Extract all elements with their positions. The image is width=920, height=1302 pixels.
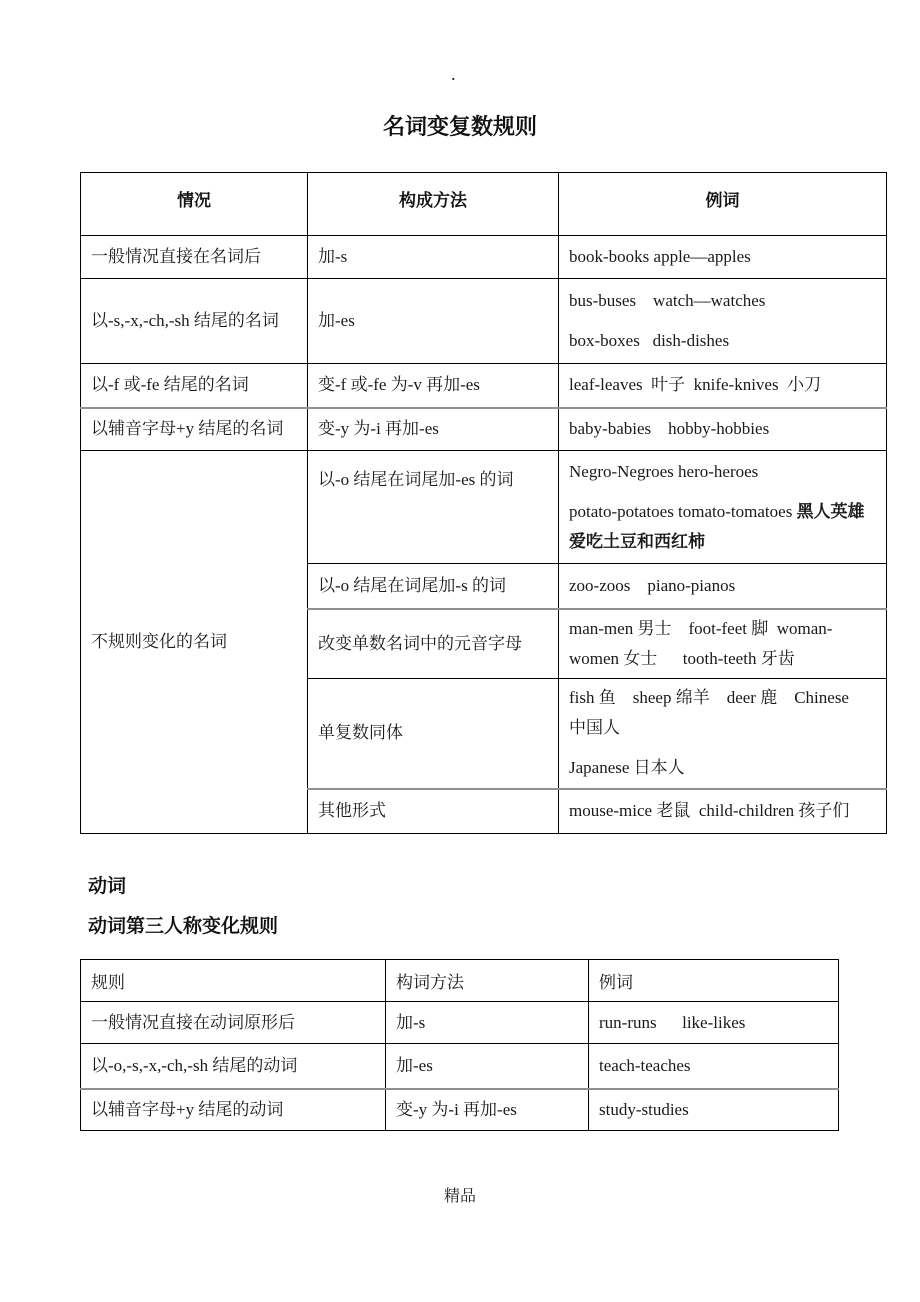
cell-examples: leaf-leaves 叶子 knife-knives 小刀	[559, 364, 887, 408]
table-row: 一般情况直接在名词后 加-s book-books apple—apples	[81, 236, 887, 279]
cell-examples: man-men 男士 foot-feet 脚 woman- women 女士 t…	[559, 609, 887, 679]
table-header-row: 情况 构成方法 例词	[81, 173, 887, 236]
example-line: book-books apple—apples	[569, 242, 876, 272]
cell-situation: 以辅音字母+y 结尾的名词	[81, 408, 308, 451]
cell-method: 变-y 为-i 再加-es	[386, 1089, 589, 1131]
method-text: 以-o 结尾在词尾加-s 的词	[318, 571, 548, 601]
page-title: 名词变复数规则	[0, 110, 920, 141]
cell-method: 加-s	[386, 1002, 589, 1044]
cell-examples: book-books apple—apples	[559, 236, 887, 279]
table-row: 不规则变化的名词 以-o 结尾在词尾加-es 的词 Negro-Negroes …	[81, 451, 887, 564]
cell-examples: bus-buses watch—watches box-boxes dish-d…	[559, 279, 887, 364]
stray-dot: .	[451, 64, 456, 85]
example-line: potato-potatoes tomato-tomatoes 黑人英雄爱吃土豆…	[569, 497, 876, 557]
footer-label: 精品	[0, 1183, 920, 1206]
situation-text: 以-f 或-fe 结尾的名词	[91, 370, 297, 400]
method-text: 加-es	[318, 306, 548, 336]
cell-situation: 以-s,-x,-ch,-sh 结尾的名词	[81, 279, 308, 364]
header-method: 构成方法	[308, 173, 559, 236]
situation-text: 以-s,-x,-ch,-sh 结尾的名词	[91, 306, 297, 336]
example-line: study-studies	[599, 1095, 828, 1125]
method-text: 加-s	[318, 242, 548, 272]
cell-examples: zoo-zoos piano-pianos	[559, 564, 887, 609]
cell-examples: baby-babies hobby-hobbies	[559, 408, 887, 451]
cell-irregular-label: 不规则变化的名词	[81, 451, 308, 834]
document-page: . 名词变复数规则 情况 构成方法 例词 一般情况直接在名词后 加-s book…	[0, 0, 920, 1302]
rule-text: 一般情况直接在动词原形后	[91, 1008, 375, 1038]
cell-method: 加-es	[386, 1044, 589, 1089]
cell-method: 改变单数名词中的元音字母	[308, 609, 559, 679]
cell-examples: Negro-Negroes hero-heroes potato-potatoe…	[559, 451, 887, 564]
example-line: zoo-zoos piano-pianos	[569, 571, 876, 601]
example-line: run-runs like-likes	[599, 1008, 828, 1038]
verbs-section-heading: 动词	[88, 871, 126, 898]
rule-text: 以辅音字母+y 结尾的动词	[91, 1095, 375, 1125]
table-row: 以-o,-s,-x,-ch,-sh 结尾的动词 加-es teach-teach…	[81, 1044, 839, 1089]
table-row: 以-s,-x,-ch,-sh 结尾的名词 加-es bus-buses watc…	[81, 279, 887, 364]
method-text: 变-f 或-fe 为-v 再加-es	[318, 370, 548, 400]
method-text: 加-s	[396, 1008, 578, 1038]
header-rule: 规则	[81, 960, 386, 1002]
cell-method: 变-f 或-fe 为-v 再加-es	[308, 364, 559, 408]
cell-situation: 一般情况直接在名词后	[81, 236, 308, 279]
example-line: bus-buses watch—watches	[569, 286, 876, 316]
header-method: 构词方法	[386, 960, 589, 1002]
example-line: man-men 男士 foot-feet 脚 woman-	[569, 614, 876, 644]
example-line: Negro-Negroes hero-heroes	[569, 457, 876, 487]
cell-rule: 以辅音字母+y 结尾的动词	[81, 1089, 386, 1131]
example-line: 中国人	[569, 713, 876, 743]
table-header-row: 规则 构词方法 例词	[81, 960, 839, 1002]
example-line: fish 鱼 sheep 绵羊 deer 鹿 Chinese	[569, 683, 876, 713]
example-line: Japanese 日本人	[569, 753, 876, 783]
header-examples: 例词	[559, 173, 887, 236]
cell-examples: study-studies	[589, 1089, 839, 1131]
cell-examples: teach-teaches	[589, 1044, 839, 1089]
situation-text: 以辅音字母+y 结尾的名词	[91, 414, 297, 444]
table-row: 以辅音字母+y 结尾的动词 变-y 为-i 再加-es study-studie…	[81, 1089, 839, 1131]
cell-examples: run-runs like-likes	[589, 1002, 839, 1044]
method-text: 变-y 为-i 再加-es	[318, 414, 548, 444]
cell-rule: 一般情况直接在动词原形后	[81, 1002, 386, 1044]
situation-text: 一般情况直接在名词后	[91, 242, 297, 272]
example-line: mouse-mice 老鼠 child-children 孩子们	[569, 796, 876, 826]
cell-situation: 以-f 或-fe 结尾的名词	[81, 364, 308, 408]
cell-method: 以-o 结尾在词尾加-s 的词	[308, 564, 559, 609]
cell-method: 其他形式	[308, 789, 559, 834]
header-situation: 情况	[81, 173, 308, 236]
cell-method: 加-es	[308, 279, 559, 364]
example-line: box-boxes dish-dishes	[569, 326, 876, 356]
table-row: 以辅音字母+y 结尾的名词 变-y 为-i 再加-es baby-babies …	[81, 408, 887, 451]
method-text: 以-o 结尾在词尾加-es 的词	[318, 465, 548, 495]
example-line: baby-babies hobby-hobbies	[569, 414, 876, 444]
method-text: 其他形式	[318, 796, 548, 826]
example-line: teach-teaches	[599, 1051, 828, 1081]
method-text: 加-es	[396, 1051, 578, 1081]
table-row: 一般情况直接在动词原形后 加-s run-runs like-likes	[81, 1002, 839, 1044]
rule-text: 以-o,-s,-x,-ch,-sh 结尾的动词	[91, 1051, 375, 1081]
verb-third-person-table: 规则 构词方法 例词 一般情况直接在动词原形后 加-s run-runs lik…	[80, 959, 839, 1131]
cell-examples: mouse-mice 老鼠 child-children 孩子们	[559, 789, 887, 834]
noun-plural-table: 情况 构成方法 例词 一般情况直接在名词后 加-s book-books app…	[80, 172, 887, 834]
method-text: 改变单数名词中的元音字母	[318, 629, 548, 659]
method-text: 变-y 为-i 再加-es	[396, 1095, 578, 1125]
example-line: leaf-leaves 叶子 knife-knives 小刀	[569, 370, 876, 400]
cell-method: 加-s	[308, 236, 559, 279]
example-line: women 女士 tooth-teeth 牙齿	[569, 644, 876, 674]
example-normal-segment: potato-potatoes tomato-tomatoes	[569, 502, 797, 521]
irregular-label-text: 不规则变化的名词	[91, 627, 297, 657]
table-row: 以-f 或-fe 结尾的名词 变-f 或-fe 为-v 再加-es leaf-l…	[81, 364, 887, 408]
cell-rule: 以-o,-s,-x,-ch,-sh 结尾的动词	[81, 1044, 386, 1089]
cell-examples: fish 鱼 sheep 绵羊 deer 鹿 Chinese 中国人 Japan…	[559, 679, 887, 789]
verb-third-person-heading: 动词第三人称变化规则	[88, 911, 278, 938]
method-text: 单复数同体	[318, 718, 548, 748]
cell-method: 单复数同体	[308, 679, 559, 789]
cell-method: 变-y 为-i 再加-es	[308, 408, 559, 451]
cell-method: 以-o 结尾在词尾加-es 的词	[308, 451, 559, 564]
header-examples: 例词	[589, 960, 839, 1002]
